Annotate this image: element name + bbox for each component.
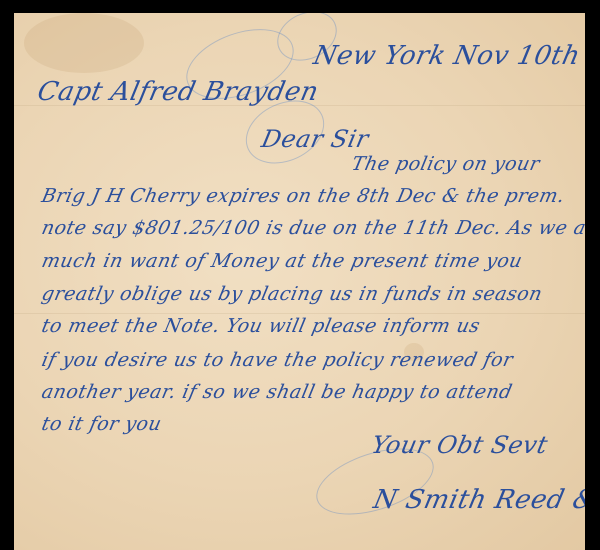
body-line: to it for you xyxy=(40,413,164,435)
body-line: another year. if so we shall be happy to… xyxy=(40,381,515,403)
letter-salutation: Dear Sir xyxy=(259,125,371,153)
body-line: greatly oblige us by placing us in funds… xyxy=(40,283,545,305)
body-line: much in want of Money at the present tim… xyxy=(40,250,525,272)
letter-recipient: Capt Alfred Brayden xyxy=(35,77,322,107)
paper-crease xyxy=(14,313,585,314)
letter-date-line: New York Nov 10th 1842 xyxy=(311,41,585,71)
letter-paper: New York Nov 10th 1842 Capt Alfred Brayd… xyxy=(14,13,585,550)
body-line: if you desire us to have the policy rene… xyxy=(40,349,516,371)
body-line: The policy on your xyxy=(350,153,542,175)
paper-stain xyxy=(24,13,144,73)
letter-signature: N Smith Reed & Co xyxy=(371,485,585,515)
body-line: note say $801.25/100 is due on the 11th … xyxy=(40,217,585,239)
body-line: to meet the Note. You will please inform… xyxy=(40,315,483,337)
document-frame: New York Nov 10th 1842 Capt Alfred Brayd… xyxy=(0,0,600,550)
letter-closing: Your Obt Sevt xyxy=(369,431,550,459)
body-line: Brig J H Cherry expires on the 8th Dec &… xyxy=(40,185,567,207)
